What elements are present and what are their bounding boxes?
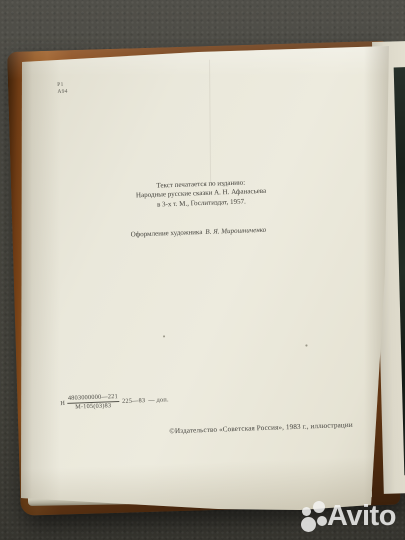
watermark-label: Avito xyxy=(327,499,396,533)
artist-note-prefix: Оформление художника xyxy=(130,228,202,239)
print-code-order: 225—83 xyxy=(122,397,145,405)
stamp-line-2: А94 xyxy=(57,89,68,96)
artist-name: В. Я. Мирошниченко xyxy=(205,226,266,236)
avito-dots-icon xyxy=(298,494,328,534)
book-photo-scene: Р1 А94 Текст печатается по изданию: Наро… xyxy=(0,0,405,540)
paper-speck xyxy=(163,335,165,337)
facing-page-illustration-plate xyxy=(394,67,405,475)
avito-watermark: Avito xyxy=(298,494,404,538)
library-stamp: Р1 А94 xyxy=(57,82,68,96)
print-code-block: Н 4803000000—221 М-105(03)83 225—83 — до… xyxy=(60,391,169,411)
print-code-denominator: М-105(03)83 xyxy=(67,402,119,411)
print-code-prefix: Н xyxy=(60,399,65,406)
edition-note: Текст печатается по изданию: Народные ру… xyxy=(15,174,388,215)
copyright-line: ©Издательство «Советская Россия», 1983 г… xyxy=(169,421,353,435)
paper-crease xyxy=(209,60,211,182)
imprint-page: Р1 А94 Текст печатается по изданию: Наро… xyxy=(18,44,390,512)
artist-note: Оформление художникаВ. Я. Мирошниченко xyxy=(12,222,384,243)
print-code-fraction: 4803000000—221 М-105(03)83 xyxy=(67,393,120,411)
imprint-page-content: Р1 А94 Текст печатается по изданию: Наро… xyxy=(10,38,398,519)
print-code-suffix: — доп. xyxy=(148,396,169,404)
paper-speck xyxy=(305,344,307,346)
